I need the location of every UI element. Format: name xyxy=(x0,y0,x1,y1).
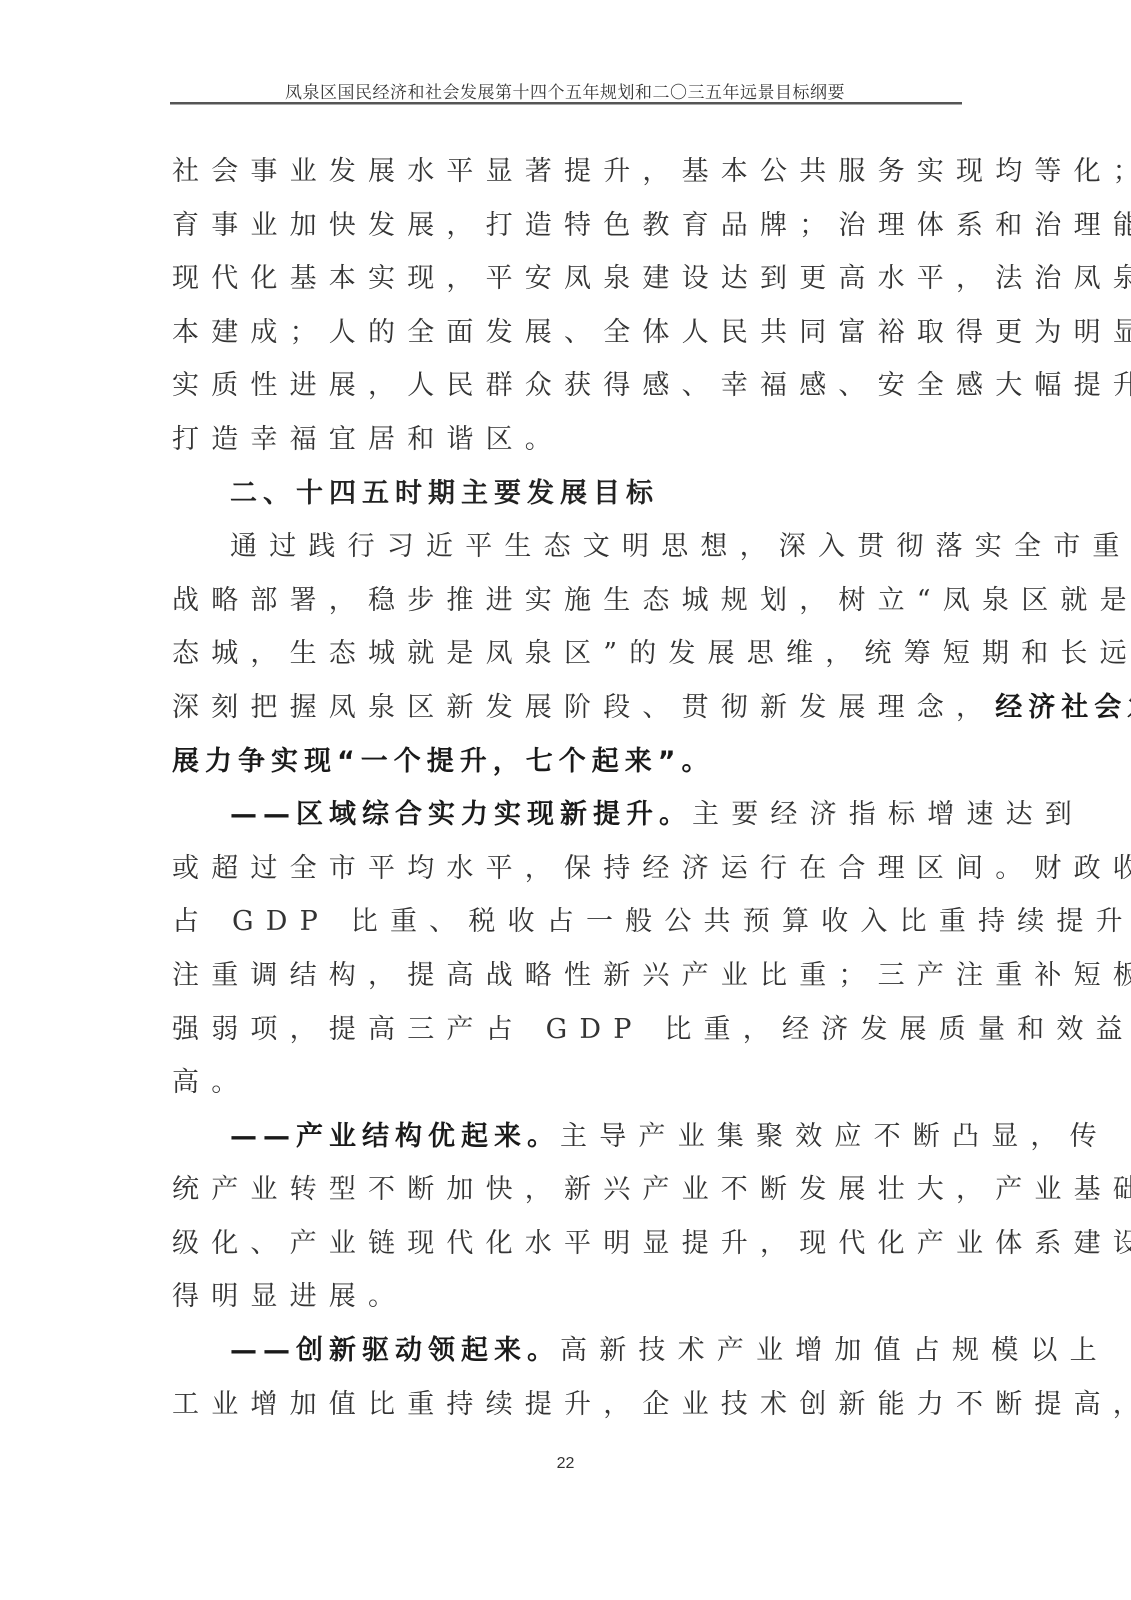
text-line: 注重调结构，提高战略性新兴产业比重；三产注重补短板、 xyxy=(172,949,942,1003)
text-line: 实质性进展，人民群众获得感、幸福感、安全感大幅提升， xyxy=(172,359,942,413)
paragraph-regional-strength: ——区域综合实力实现新提升。主要经济指标增速达到 或超过全市平均水平，保持经济运… xyxy=(172,788,942,1110)
text-line: ——区域综合实力实现新提升。主要经济指标增速达到 xyxy=(172,788,942,842)
text-line: 深刻把握凤泉区新发展阶段、贯彻新发展理念，经济社会发 xyxy=(172,681,942,735)
text-line: 打造幸福宜居和谐区。 xyxy=(172,413,942,467)
text-line: 展力争实现“一个提升，七个起来”。 xyxy=(172,735,942,789)
page-number: 22 xyxy=(0,1455,1131,1473)
text-line: 现代化基本实现，平安凤泉建设达到更高水平，法治凤泉基 xyxy=(172,252,942,306)
text-line: 社会事业发展水平显著提升，基本公共服务实现均等化；教 xyxy=(172,145,942,199)
text-line: 或超过全市平均水平，保持经济运行在合理区间。财政收入 xyxy=(172,842,942,896)
text-emphasis: 经济社会发 xyxy=(995,692,1131,723)
text-line: 态城，生态城就是凤泉区”的发展思维，统筹短期和长远， xyxy=(172,627,942,681)
text-line: 育事业加快发展，打造特色教育品牌；治理体系和治理能力 xyxy=(172,199,942,253)
paragraph-overview: 通过践行习近平生态文明思想，深入贯彻落实全市重大 战略部署，稳步推进实施生态城规… xyxy=(172,520,942,788)
paragraph-innovation: ——创新驱动领起来。高新技术产业增加值占规模以上 工业增加值比重持续提升，企业技… xyxy=(172,1324,942,1431)
paragraph-industrial-structure: ——产业结构优起来。主导产业集聚效应不断凸显，传 统产业转型不断加快，新兴产业不… xyxy=(172,1110,942,1324)
text-line: 得明显进展。 xyxy=(172,1270,942,1324)
text-normal: 深刻把握凤泉区新发展阶段、贯彻新发展理念， xyxy=(172,692,995,723)
goal-title: ——区域综合实力实现新提升。 xyxy=(230,799,692,830)
text-line: 本建成；人的全面发展、全体人民共同富裕取得更为明显的 xyxy=(172,306,942,360)
text-line: 统产业转型不断加快，新兴产业不断发展壮大，产业基础高 xyxy=(172,1163,942,1217)
text-line: ——创新驱动领起来。高新技术产业增加值占规模以上 xyxy=(172,1324,942,1378)
text-line: 工业增加值比重持续提升，企业技术创新能力不断提高，创 xyxy=(172,1378,942,1432)
text-line: 占 GDP 比重、税收占一般公共预算收入比重持续提升；二产 xyxy=(172,895,942,949)
text-normal: 主导产业集聚效应不断凸显，传 xyxy=(560,1121,1109,1152)
goal-title: ——创新驱动领起来。 xyxy=(230,1335,560,1366)
text-line: 通过践行习近平生态文明思想，深入贯彻落实全市重大 xyxy=(172,520,942,574)
text-normal: 主要经济指标增速达到 xyxy=(692,799,1084,830)
text-line: 战略部署，稳步推进实施生态城规划，树立“凤泉区就是生 xyxy=(172,574,942,628)
section-heading: 二、十四五时期主要发展目标 xyxy=(172,467,942,521)
text-line: 强弱项，提高三产占 GDP 比重，经济发展质量和效益明显提 xyxy=(172,1003,942,1057)
header-title: 凤泉区国民经济和社会发展第十四个五年规划和二〇三五年远景目标纲要 xyxy=(170,78,960,103)
text-line: 高。 xyxy=(172,1056,942,1110)
document-body: 社会事业发展水平显著提升，基本公共服务实现均等化；教 育事业加快发展，打造特色教… xyxy=(172,145,942,1431)
header-divider xyxy=(170,102,962,105)
text-emphasis: 展力争实现“一个提升，七个起来”。 xyxy=(172,746,715,777)
text-line: 级化、产业链现代化水平明显提升，现代化产业体系建设取 xyxy=(172,1217,942,1271)
goal-title: ——产业结构优起来。 xyxy=(230,1121,560,1152)
text-normal: 高新技术产业增加值占规模以上 xyxy=(560,1335,1109,1366)
text-line: ——产业结构优起来。主导产业集聚效应不断凸显，传 xyxy=(172,1110,942,1164)
paragraph-social-goals: 社会事业发展水平显著提升，基本公共服务实现均等化；教 育事业加快发展，打造特色教… xyxy=(172,145,942,467)
